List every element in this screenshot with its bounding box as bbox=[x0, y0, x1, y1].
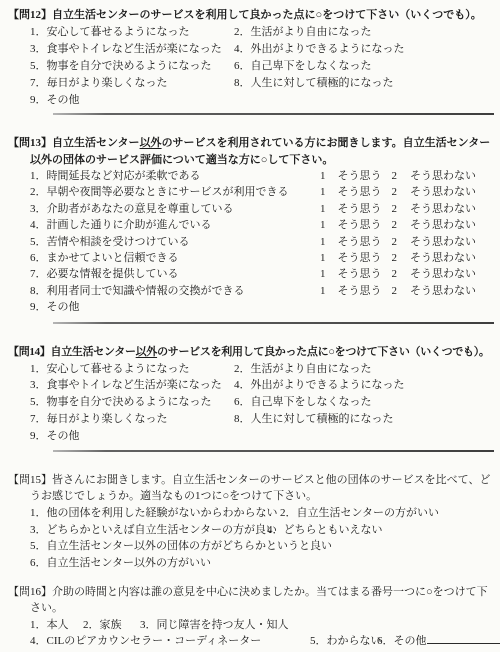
option: 4．CILのピアカウンセラー・コーディネーター bbox=[30, 633, 310, 649]
section-divider bbox=[53, 450, 494, 452]
option: 8．人生に対して積極的になった bbox=[234, 413, 394, 425]
scale-number-agree: 1 bbox=[320, 184, 326, 200]
rating-item: 1．時間延長など対応が柔軟である bbox=[30, 168, 320, 184]
scale-number-agree: 1 bbox=[320, 266, 326, 282]
other-fill-in-line bbox=[427, 633, 500, 644]
rating-item: 4．計画した通りに介助が進んでいる bbox=[30, 217, 320, 233]
option-row: 5．自立生活センター以外の団体の方がどちらかというと良い bbox=[30, 538, 497, 555]
scale-number-agree: 1 bbox=[320, 168, 326, 184]
option: 9．その他 bbox=[30, 428, 234, 445]
section-divider bbox=[53, 322, 494, 324]
question-16-header: 【問16】介助の時間と内容は誰の意見を中心に決めましたか。当てはまる番号一つに○… bbox=[8, 584, 497, 600]
option-row: 7．毎日がより楽しくなった8．人生に対して積極的になった bbox=[30, 75, 497, 92]
option: 1．安心して暮せるようになった bbox=[30, 361, 234, 378]
option: 7．毎日がより楽しくなった bbox=[30, 411, 234, 428]
scale-number-disagree: 2 bbox=[392, 184, 398, 200]
option-row: 5．物事を自分で決めるようになった6．自己卑下をしなくなった bbox=[30, 58, 497, 75]
rating-item: 6．まかせてよいと信頼できる bbox=[30, 250, 320, 266]
scale-number-disagree: 2 bbox=[392, 217, 398, 233]
question-title: 自立生活センター bbox=[52, 137, 140, 149]
rating-item: 3．介助者があなたの意見を尊重している bbox=[30, 201, 320, 217]
question-title: のサービスを利用されている方にお聞きします。自立生活センター bbox=[162, 137, 491, 149]
option: 4．外出がよりできるようになった bbox=[234, 43, 405, 55]
option: 5．物事を自分で決めるようになった bbox=[30, 58, 234, 75]
scale-number-disagree: 2 bbox=[392, 201, 398, 217]
option-row: 6．自立生活センター以外の方がいい bbox=[30, 555, 497, 572]
question-13-items: 1．時間延長など対応が柔軟である1そう思う2そう思わない 2．早朝や夜間等必要な… bbox=[30, 168, 497, 316]
option-row: 3．食事やトイレなど生活が楽になった4．外出がよりできるようになった bbox=[30, 41, 497, 58]
rating-row: 8．利用者同士で知識や情報の交換ができる1そう思う2そう思わない bbox=[30, 283, 497, 299]
question-number: 【問12】 bbox=[8, 9, 52, 21]
option-row: 4．CILのピアカウンセラー・コーディネーター5．わからない6．その他 bbox=[30, 633, 497, 649]
question-16-header-line2: さい。 bbox=[8, 600, 497, 616]
question-12-options: 1．安心して暮せるようになった2．生活がより自由になった 3．食事やトイレなど生… bbox=[30, 24, 497, 109]
scale-label-disagree: そう思わない bbox=[410, 283, 476, 299]
option: 1．他の団体を利用した経験がないからわからない bbox=[30, 505, 280, 522]
option-row: 5．物事を自分で決めるようになった6．自己卑下をしなくなった bbox=[30, 394, 497, 411]
question-12-section: 【問12】自立生活センターのサービスを利用して良かった点に○をつけて下さい（いく… bbox=[8, 7, 497, 109]
option-row: 9．その他 bbox=[30, 92, 497, 109]
option: 1．安心して暮せるようになった bbox=[30, 24, 234, 41]
question-title-underlined: 以外 bbox=[140, 137, 162, 149]
scale-number-disagree: 2 bbox=[392, 234, 398, 250]
rating-item: 7．必要な情報を提供している bbox=[30, 266, 320, 282]
question-title-underlined: 以外 bbox=[136, 346, 157, 358]
scale-label-disagree: そう思わない bbox=[410, 250, 476, 266]
question-title: 自立生活センター bbox=[51, 346, 136, 358]
option: 1．本人 bbox=[30, 617, 83, 633]
question-15-options: 1．他の団体を利用した経験がないからわからない2．自立生活センターの方がいい 3… bbox=[30, 505, 497, 572]
question-15-section: 【問15】皆さんにお聞きします。自立生活センターのサービスと他の団体のサービスを… bbox=[8, 472, 497, 572]
scale-number-agree: 1 bbox=[320, 201, 326, 217]
question-title: のサービスを利用して良かった点に○をつけて下さい（いくつでも）。 bbox=[157, 346, 490, 358]
question-number: 【問16】 bbox=[8, 586, 52, 598]
question-number: 【問13】 bbox=[8, 137, 52, 149]
option-row: 1．安心して暮せるようになった2．生活がより自由になった bbox=[30, 24, 497, 41]
option: 6．自己卑下をしなくなった bbox=[234, 60, 372, 72]
option: 3．食事やトイレなど生活が楽になった bbox=[30, 41, 234, 58]
question-title: 自立生活センターのサービスを利用して良かった点に○をつけて下さい（いくつでも）。 bbox=[52, 9, 482, 21]
option: 3．どちらかといえば自立生活センターの方が良い bbox=[30, 522, 267, 539]
scale-number-disagree: 2 bbox=[392, 250, 398, 266]
rating-item: 8．利用者同士で知識や情報の交換ができる bbox=[30, 283, 320, 299]
scale-number-agree: 1 bbox=[320, 250, 326, 266]
scale-label-agree: そう思う bbox=[338, 184, 382, 200]
option: 2．家族 bbox=[83, 617, 140, 633]
option: 2．生活がより自由になった bbox=[234, 26, 372, 38]
scale-label-agree: そう思う bbox=[338, 168, 382, 184]
question-16-section: 【問16】介助の時間と内容は誰の意見を中心に決めましたか。当てはまる番号一つに○… bbox=[8, 584, 497, 650]
scale-label-agree: そう思う bbox=[338, 266, 382, 282]
scale-number-disagree: 2 bbox=[392, 283, 398, 299]
question-13-header-line2: 以外の団体のサービス評価について適当な方に○して下さい。 bbox=[8, 152, 497, 169]
option: 6．自己卑下をしなくなった bbox=[234, 396, 372, 408]
option-row: 3．食事やトイレなど生活が楽になった4．外出がよりできるようになった bbox=[30, 377, 497, 394]
option: 7．毎日がより楽しくなった bbox=[30, 75, 234, 92]
question-14-header: 【問14】自立生活センター以外のサービスを利用して良かった点に○をつけて下さい（… bbox=[8, 344, 497, 361]
option-row: 1．本人2．家族3．同じ障害を持つ友人・知人 bbox=[30, 617, 497, 633]
option: 9．その他 bbox=[30, 299, 320, 315]
option: 4．外出がよりできるようになった bbox=[234, 379, 405, 391]
option: 5．わからない bbox=[310, 633, 377, 649]
rating-row: 4．計画した通りに介助が進んでいる1そう思う2そう思わない bbox=[30, 217, 497, 233]
rating-item: 2．早朝や夜間等必要なときにサービスが利用できる bbox=[30, 184, 320, 200]
option-row: 3．どちらかといえば自立生活センターの方が良い4．どちらともいえない bbox=[30, 522, 497, 539]
scale-number-agree: 1 bbox=[320, 234, 326, 250]
scanned-questionnaire-page: { "colors": { "text": "#1c1c1c", "divide… bbox=[0, 0, 500, 652]
option: 4．どちらともいえない bbox=[267, 524, 383, 536]
scale-label-disagree: そう思わない bbox=[410, 217, 476, 233]
question-15-header: 【問15】皆さんにお聞きします。自立生活センターのサービスと他の団体のサービスを… bbox=[8, 472, 497, 489]
question-12-header: 【問12】自立生活センターのサービスを利用して良かった点に○をつけて下さい（いく… bbox=[8, 7, 497, 24]
option-row: 1．安心して暮せるようになった2．生活がより自由になった bbox=[30, 361, 497, 378]
option-row: 9．その他 bbox=[30, 428, 497, 445]
question-number: 【問14】 bbox=[8, 346, 51, 358]
scale-label-disagree: そう思わない bbox=[410, 266, 476, 282]
scale-label-agree: そう思う bbox=[338, 217, 382, 233]
scale-number-disagree: 2 bbox=[392, 266, 398, 282]
option: 2．自立生活センターの方がいい bbox=[280, 507, 439, 519]
scale-label-agree: そう思う bbox=[338, 201, 382, 217]
question-title: 皆さんにお聞きします。自立生活センターのサービスと他の団体のサービスを比べて、ど bbox=[52, 474, 490, 486]
scale-label-agree: そう思う bbox=[338, 250, 382, 266]
option-row: 7．毎日がより楽しくなった8．人生に対して積極的になった bbox=[30, 411, 497, 428]
option: 6．その他 bbox=[377, 635, 427, 647]
option-row: 1．他の団体を利用した経験がないからわからない2．自立生活センターの方がいい bbox=[30, 505, 497, 522]
question-16-options: 1．本人2．家族3．同じ障害を持つ友人・知人 4．CILのピアカウンセラー・コー… bbox=[30, 617, 497, 650]
option: 5．物事を自分で決めるようになった bbox=[30, 394, 234, 411]
rating-item: 5．苦情や相談を受けつけている bbox=[30, 234, 320, 250]
rating-row: 1．時間延長など対応が柔軟である1そう思う2そう思わない bbox=[30, 168, 497, 184]
option: 9．その他 bbox=[30, 92, 234, 109]
option: 8．人生に対して積極的になった bbox=[234, 77, 394, 89]
rating-row: 3．介助者があなたの意見を尊重している1そう思う2そう思わない bbox=[30, 201, 497, 217]
scale-label-disagree: そう思わない bbox=[410, 168, 476, 184]
question-13-section: 【問13】自立生活センター以外のサービスを利用されている方にお聞きします。自立生… bbox=[8, 135, 497, 316]
rating-row: 5．苦情や相談を受けつけている1そう思う2そう思わない bbox=[30, 234, 497, 250]
question-14-options: 1．安心して暮せるようになった2．生活がより自由になった 3．食事やトイレなど生… bbox=[30, 361, 497, 445]
option: 3．同じ障害を持つ友人・知人 bbox=[140, 619, 289, 631]
scale-label-disagree: そう思わない bbox=[410, 201, 476, 217]
scale-label-agree: そう思う bbox=[338, 283, 382, 299]
option: 2．生活がより自由になった bbox=[234, 363, 372, 375]
question-15-header-line2: うお感じでしょうか。適当なもの1つに○をつけて下さい。 bbox=[8, 488, 497, 505]
rating-row: 2．早朝や夜間等必要なときにサービスが利用できる1そう思う2そう思わない bbox=[30, 184, 497, 200]
rating-row: 6．まかせてよいと信頼できる1そう思う2そう思わない bbox=[30, 250, 497, 266]
scale-label-disagree: そう思わない bbox=[410, 234, 476, 250]
option: 5．自立生活センター以外の団体の方がどちらかというと良い bbox=[30, 540, 332, 552]
scale-number-disagree: 2 bbox=[392, 168, 398, 184]
section-divider bbox=[53, 113, 494, 115]
option: 6．自立生活センター以外の方がいい bbox=[30, 557, 211, 569]
scale-number-agree: 1 bbox=[320, 217, 326, 233]
rating-row: 9．その他 bbox=[30, 299, 497, 315]
question-14-section: 【問14】自立生活センター以外のサービスを利用して良かった点に○をつけて下さい（… bbox=[8, 344, 497, 445]
question-number: 【問15】 bbox=[8, 474, 52, 486]
question-title: 介助の時間と内容は誰の意見を中心に決めましたか。当てはまる番号一つに○をつけて下 bbox=[52, 586, 488, 598]
scale-label-disagree: そう思わない bbox=[410, 184, 476, 200]
option: 3．食事やトイレなど生活が楽になった bbox=[30, 377, 234, 394]
rating-row: 7．必要な情報を提供している1そう思う2そう思わない bbox=[30, 266, 497, 282]
scale-number-agree: 1 bbox=[320, 283, 326, 299]
question-13-header: 【問13】自立生活センター以外のサービスを利用されている方にお聞きします。自立生… bbox=[8, 135, 497, 152]
scale-label-agree: そう思う bbox=[338, 234, 382, 250]
